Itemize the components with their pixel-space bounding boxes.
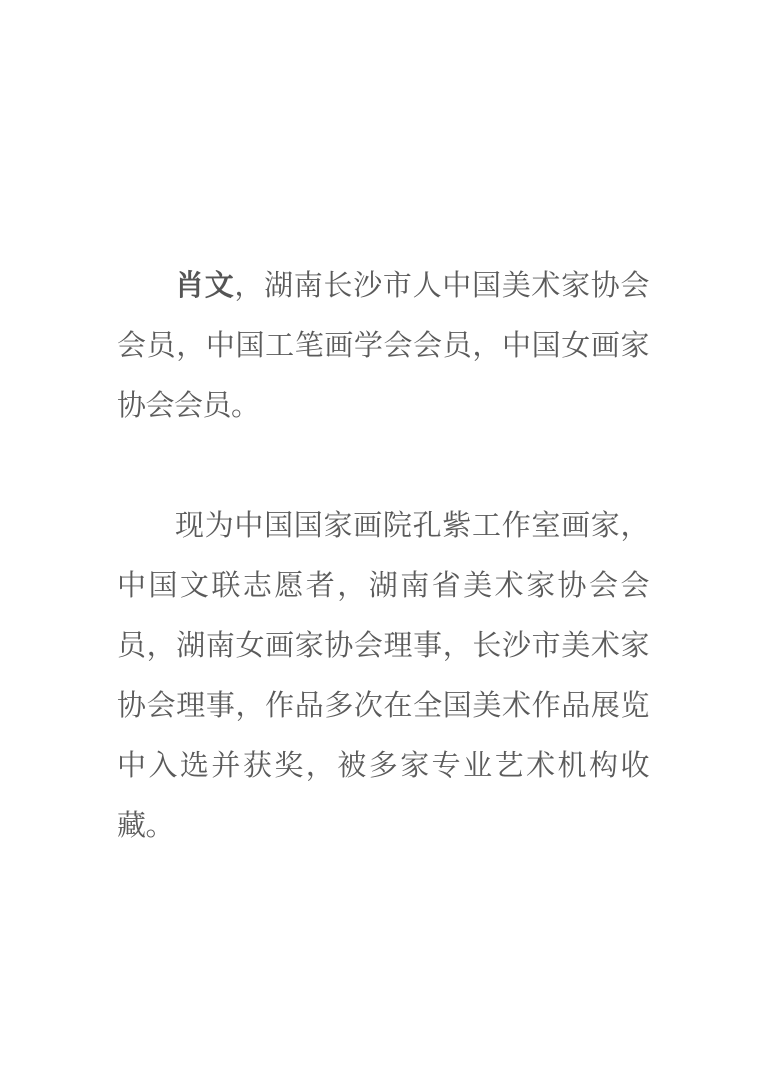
artist-name: 肖文 [175, 268, 234, 302]
bio-paragraph-1: 肖文，湖南长沙市人中国美术家协会会员，中国工笔画学会会员，中国女画家协会会员。 [117, 255, 649, 435]
bio-paragraph-2: 现为中国国家画院孔紫工作室画家，中国文联志愿者，湖南省美术家协会会员，湖南女画家… [117, 495, 649, 855]
